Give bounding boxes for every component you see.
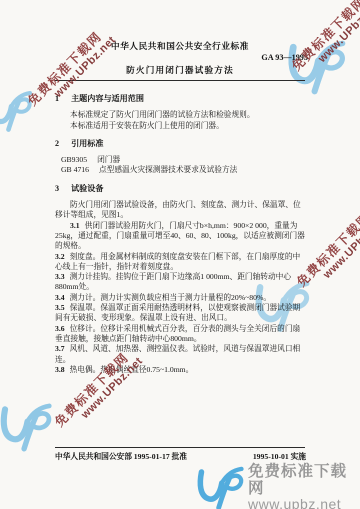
clause-text: 保温罩。保温罩正面采用耐热透明材料，以使观察被测闭门器试验期间有无破损、变形现象… bbox=[55, 303, 300, 322]
clause-number: 3.1 bbox=[70, 221, 80, 230]
clause-number: 3.4 bbox=[55, 293, 65, 302]
clause-text: 风机、风道、加热器、测控温仪表。试验时，风道与保温罩进风口相连。 bbox=[55, 344, 300, 363]
clause-number: 3.8 bbox=[55, 365, 65, 374]
clause-number: 3.6 bbox=[55, 324, 65, 333]
up-logo-watermark-icon bbox=[0, 400, 54, 454]
reference-code: GB 4716 bbox=[61, 165, 89, 174]
document-body: 1 主题内容与适用范围 本标准规定了防火门用闭门器的试验方法和检验规则。 本标准… bbox=[55, 91, 307, 375]
section-title: 试验设备 bbox=[71, 184, 103, 193]
clause-text: 供闭门器试验用防火门，门扇尺寸b×h,mm：900×2 000，重量为25kg，… bbox=[55, 221, 305, 251]
site-brand: 免费标准下载网 www.upbz.net bbox=[184, 463, 360, 509]
reference-name: 点型感温火灾探测器技术要求及试验方法 bbox=[99, 165, 237, 174]
clause-number: 3.5 bbox=[55, 303, 65, 312]
section-3-heading: 3 试验设备 bbox=[55, 184, 307, 194]
watermark-site-url: www.UPbz.net bbox=[316, 0, 360, 65]
standard-document-page: 免费标准下载网 www.UPbz.net 免费标准下载网 www.UPbz.ne… bbox=[0, 0, 360, 509]
footer-divider bbox=[55, 447, 305, 448]
header-divider bbox=[55, 80, 305, 81]
clause-3-6: 3.6位移计。位移计采用机械式百分表，百分表的测头与全关闭后的门扇垂直接触，接触… bbox=[55, 324, 307, 345]
clause-text: 位移计。位移计采用机械式百分表，百分表的测头与全关闭后的门扇垂直接触，接触点距门… bbox=[55, 324, 300, 343]
section-number: 2 bbox=[55, 139, 59, 148]
clause-3-2: 3.2刻度盘。用金属材料制成的刻度盘安装在门框下部，在门扇厚度的中心线上有一指针… bbox=[55, 252, 307, 273]
site-brand-text: 免费标准下载网 www.upbz.net bbox=[248, 463, 360, 509]
reference-item: GB 4716点型感温火灾探测器技术要求及试验方法 bbox=[61, 165, 307, 175]
watermark-site-url: www.UPbz.net bbox=[321, 215, 360, 281]
clause-text: 热电偶。热电偶丝直径0.75~1.0mm。 bbox=[70, 365, 194, 374]
standard-number: GA 93—1995 bbox=[261, 53, 308, 62]
reference-item: GB9305闭门器 bbox=[61, 155, 307, 165]
reference-list: GB9305闭门器 GB 4716点型感温火灾探测器技术要求及试验方法 bbox=[61, 155, 307, 176]
clause-number: 3.3 bbox=[55, 272, 65, 281]
section-title: 主题内容与适用范围 bbox=[71, 94, 144, 103]
clause-number: 3.7 bbox=[55, 344, 65, 353]
paragraph: 防火门用闭门器试验设备，由防火门、刻度盘、测力计、保温罩、位移计等组成，见图1。 bbox=[55, 200, 307, 221]
site-name: 免费标准下载网 bbox=[248, 463, 360, 497]
site-url: www.upbz.net bbox=[248, 497, 360, 509]
clause-3-3: 3.3测力计挂钩。挂钩位于距门扇下边缘高1 000mm、距门轴转动中心880mm… bbox=[55, 272, 307, 293]
clause-text: 测力计。测力计实测负载应相当于测力计量程的20%~80%。 bbox=[70, 293, 271, 302]
paragraph: 本标准适用于安装在防火门上使用的闭门器。 bbox=[55, 121, 307, 131]
clause-text: 刻度盘。用金属材料制成的刻度盘安装在门框下部，在门扇厚度的中心线上有一指针，指针… bbox=[55, 252, 300, 271]
section-title: 引用标准 bbox=[71, 139, 103, 148]
section-1-heading: 1 主题内容与适用范围 bbox=[55, 94, 307, 104]
up-logo-icon bbox=[184, 464, 246, 509]
clause-text: 测力计挂钩。挂钩位于距门扇下边缘高1 000mm、距门轴转动中心880mm处。 bbox=[55, 272, 291, 291]
clause-number: 3.2 bbox=[55, 252, 65, 261]
implementation-date: 1995-10-01 实施 bbox=[253, 451, 306, 462]
clause-3-7: 3.7风机、风道、加热器、测控温仪表。试验时，风道与保温罩进风口相连。 bbox=[55, 344, 307, 365]
clause-3-1: 3.1供闭门器试验用防火门，门扇尺寸b×h,mm：900×2 000，重量为25… bbox=[55, 221, 307, 252]
standard-organization-line: 中华人民共和国公共安全行业标准 bbox=[0, 40, 360, 52]
up-logo-watermark-icon bbox=[0, 88, 34, 134]
approval-line: 中华人民共和国公安部 1995-01-17 批准 bbox=[55, 451, 187, 462]
clause-3-8: 3.8热电偶。热电偶丝直径0.75~1.0mm。 bbox=[55, 365, 307, 375]
section-number: 1 bbox=[55, 94, 59, 103]
clause-3-5: 3.5保温罩。保温罩正面采用耐热透明材料，以使观察被测闭门器试验期间有无破损、变… bbox=[55, 303, 307, 324]
paragraph: 本标准规定了防火门用闭门器的试验方法和检验规则。 bbox=[55, 110, 307, 120]
reference-code: GB9305 bbox=[61, 155, 87, 164]
clause-3-4: 3.4测力计。测力计实测负载应相当于测力计量程的20%~80%。 bbox=[55, 293, 307, 303]
reference-name: 闭门器 bbox=[97, 155, 120, 164]
document-title: 防火门用闭门器试验方法 bbox=[0, 64, 360, 76]
section-number: 3 bbox=[55, 184, 59, 193]
section-2-heading: 2 引用标准 bbox=[55, 139, 307, 149]
